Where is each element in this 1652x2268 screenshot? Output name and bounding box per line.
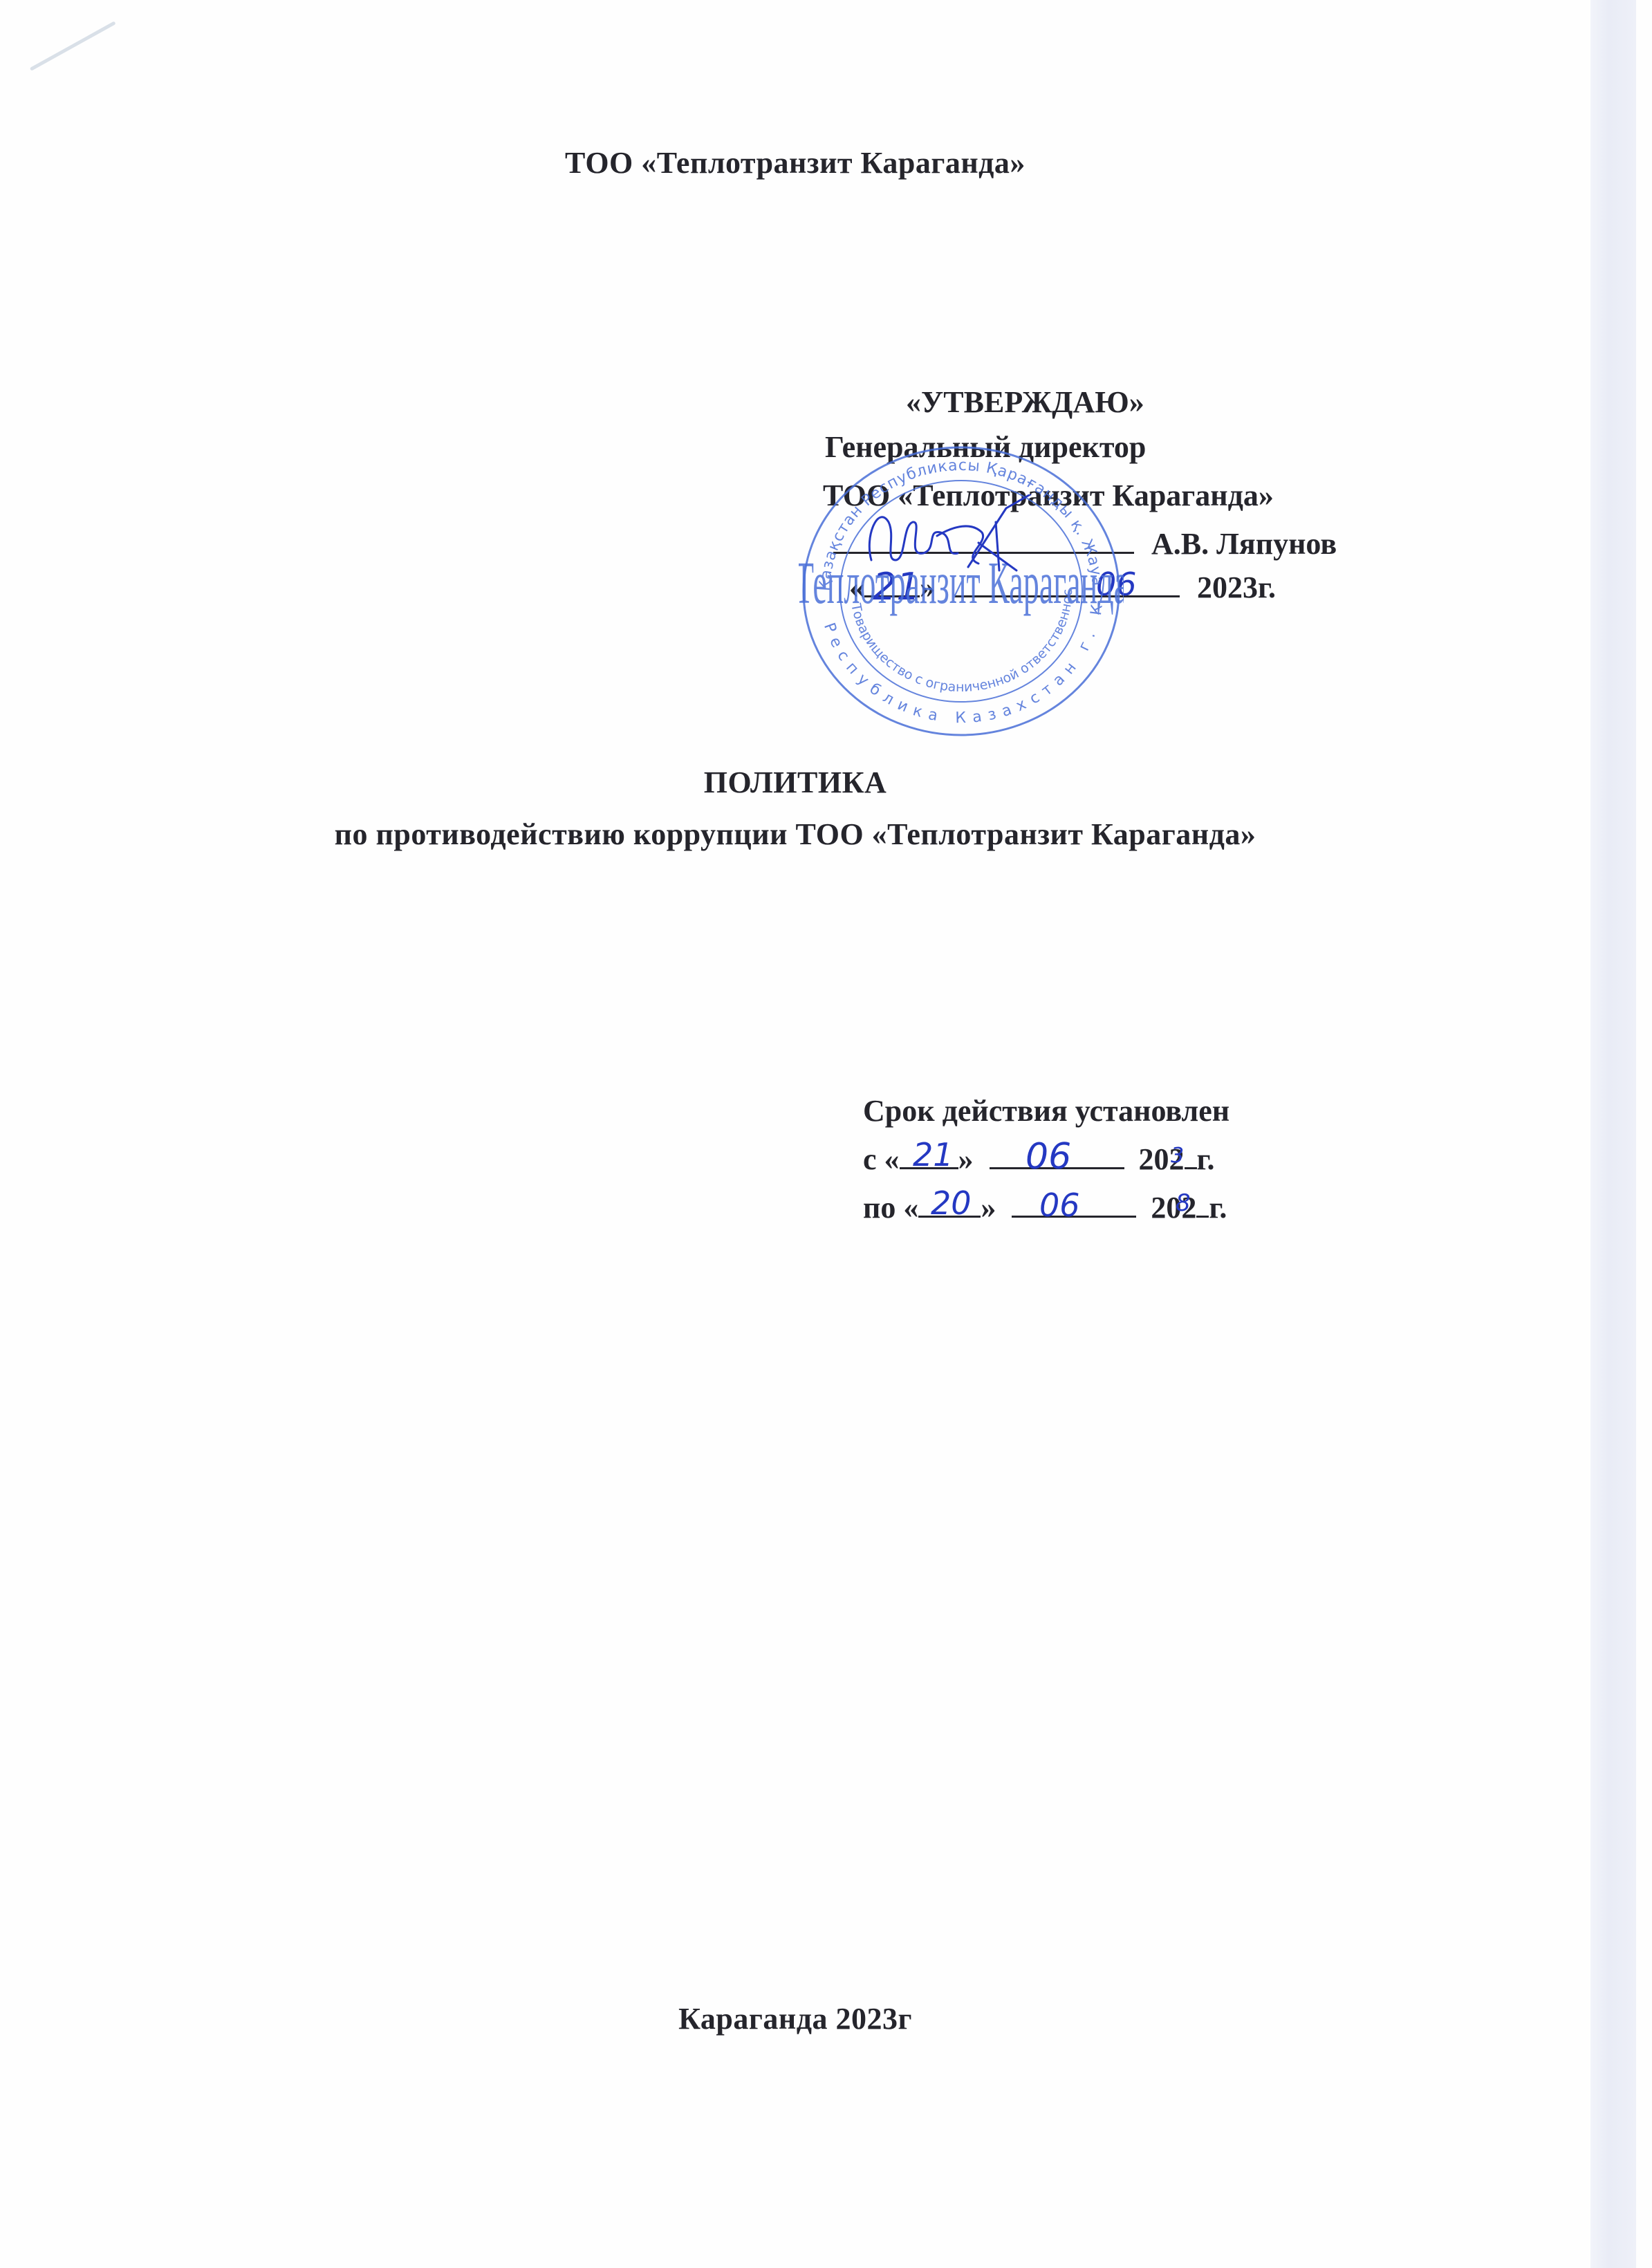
handwritten-to-month: 06 — [1039, 1189, 1080, 1221]
to-prefix: по « — [863, 1191, 918, 1225]
svg-text:Қазақстан Республикасы Қараған: Қазақстан Республикасы Қарағанды қ. Жауа… — [799, 443, 1106, 591]
handwritten-approval-month: 06 — [1096, 568, 1137, 600]
to-close-quote: » — [981, 1191, 996, 1225]
handwritten-approval-day: 21 — [873, 568, 920, 606]
date-open-quote: « — [849, 570, 864, 604]
from-prefix: с « — [863, 1142, 900, 1176]
signatory-name: А.В. Ляпунов — [1151, 527, 1337, 561]
date-year: 2023г. — [1197, 570, 1276, 604]
handwritten-from-month: 06 — [1025, 1139, 1071, 1175]
scan-artifact-line — [30, 21, 116, 71]
scan-edge-shadow — [1590, 0, 1636, 2268]
from-year-suffix: г. — [1197, 1142, 1215, 1176]
document-title: ПОЛИТИКА — [0, 768, 1590, 798]
from-year-underline — [1185, 1166, 1197, 1169]
signature-underline — [833, 551, 1134, 554]
approval-heading: «УТВЕРЖДАЮ» — [906, 387, 1144, 418]
signature-line-row: А.В. Ляпунов — [833, 529, 1337, 559]
handwritten-from-year-digit: 3 — [1171, 1146, 1184, 1166]
validity-heading: Срок действия установлен — [863, 1096, 1229, 1126]
to-year-underline — [1196, 1215, 1209, 1218]
date-month-underline — [955, 595, 1180, 597]
stamp-ring-top-text: Қазақстан Республикасы Қарағанды қ. Жауа… — [799, 443, 1106, 591]
approval-organization: ТОО «Теплотранзит Караганда» — [823, 481, 1274, 511]
handwritten-to-day: 20 — [931, 1187, 972, 1219]
document-footer-place-year: Караганда 2023г — [0, 2004, 1590, 2034]
date-close-quote: » — [920, 570, 935, 604]
organization-header: ТОО «Теплотранзит Караганда» — [0, 148, 1590, 178]
from-close-quote: » — [958, 1142, 974, 1176]
document-page: ТОО «Теплотранзит Караганда» «УТВЕРЖДАЮ»… — [0, 0, 1652, 2268]
to-year-suffix: г. — [1209, 1191, 1227, 1225]
handwritten-to-year-digit: 8 — [1176, 1191, 1191, 1215]
document-subtitle: по противодействию коррупции ТОО «Теплот… — [0, 819, 1590, 850]
approval-position: Генеральный директор — [825, 432, 1146, 463]
handwritten-from-day: 21 — [913, 1139, 954, 1171]
